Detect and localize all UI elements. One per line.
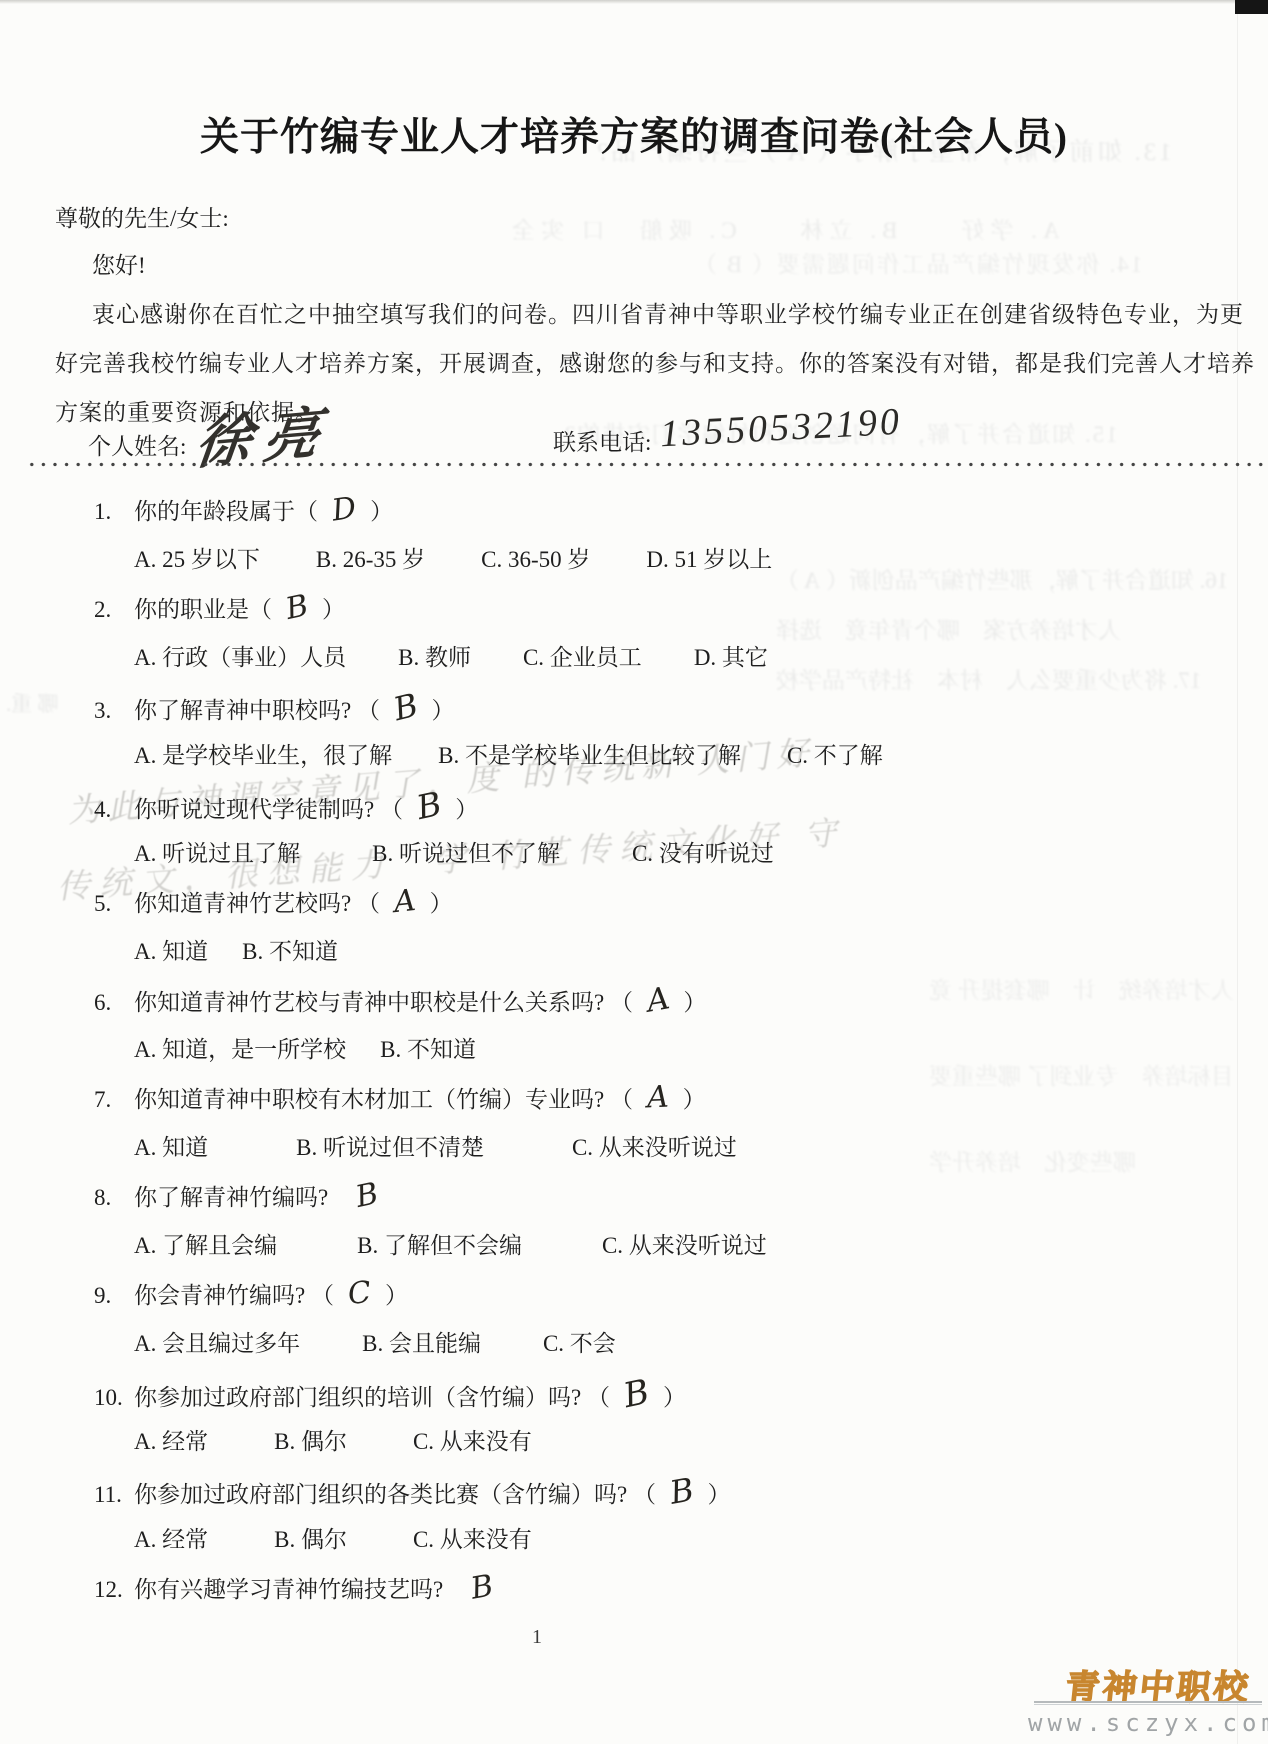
question-paren-close: ） — [385, 1283, 408, 1308]
option-item: D. 51 岁以上 — [646, 541, 772, 590]
option-item: A. 听说过且了解 — [134, 835, 300, 884]
option-item: C. 不会 — [543, 1325, 616, 1374]
handwritten-answer: B — [620, 1372, 653, 1416]
question-row: 6.你知道青神竹艺校与青神中职校是什么关系吗? （A） — [94, 982, 1224, 1031]
question-paren-close: ） — [683, 1087, 706, 1112]
handwritten-answer: B — [667, 1470, 697, 1512]
question-row: 7.你知道青神中职校有木材加工（竹编）专业吗? （A） — [94, 1080, 1224, 1129]
question-options-row: A. 了解且会编B. 了解但不会编C. 从来没听说过 — [94, 1227, 1224, 1276]
intro-line: 好完善我校竹编专业人才培养方案，开展调查，感谢您的参与和支持。你的答案没有对错，… — [55, 345, 1255, 394]
handwritten-answer: B — [390, 686, 422, 729]
question-options-row: A. 听说过且了解B. 听说过但不了解C. 没有听说过 — [94, 835, 1224, 884]
option-item: B. 听说过但不了解 — [372, 835, 560, 884]
option-item: A. 行政（事业）人员 — [134, 639, 346, 688]
question-prompt: 你了解青神竹编吗? — [134, 1185, 328, 1210]
handwritten-answer: A — [646, 1080, 669, 1116]
question-options-row: A. 经常B. 偶尔C. 从来没有 — [94, 1423, 1224, 1472]
option-item: C. 从来没听说过 — [602, 1227, 767, 1276]
paper-edge-line — [1237, 14, 1238, 1744]
option-item: A. 经常 — [134, 1423, 208, 1472]
option-item: D. 其它 — [694, 639, 768, 688]
question-row: 3.你了解青神中职校吗? （B） — [94, 688, 1224, 737]
question-row: 4.你听说过现代学徒制吗? （B） — [94, 786, 1224, 835]
question-number: 12. — [94, 1577, 134, 1603]
option-item: C. 从来没听说过 — [572, 1129, 737, 1178]
option-item: A. 知道，是一所学校 — [134, 1031, 346, 1080]
handwritten-answer: B — [283, 588, 312, 627]
question-row: 8.你了解青神竹编吗?B — [94, 1178, 1224, 1227]
question-number: 3. — [94, 698, 134, 724]
option-item: B. 不知道 — [242, 933, 338, 982]
option-item: B. 会且能编 — [362, 1325, 481, 1374]
question-number: 2. — [94, 597, 134, 623]
question-prompt: 你的职业是（ — [134, 597, 272, 622]
option-item: B. 了解但不会编 — [357, 1227, 522, 1276]
question-paren-close: ） — [455, 797, 478, 822]
handwritten-answer: A — [644, 980, 672, 1019]
question-options-row: A. 25 岁以下B. 26-35 岁C. 36-50 岁D. 51 岁以上 — [94, 541, 1224, 590]
option-item: C. 企业员工 — [523, 639, 642, 688]
question-number: 8. — [94, 1185, 134, 1211]
option-item: C. 从来没有 — [413, 1423, 532, 1472]
question-paren-close: ） — [322, 597, 345, 622]
question-options-row: A. 知道，是一所学校B. 不知道 — [94, 1031, 1224, 1080]
option-item: A. 知道 — [134, 1129, 208, 1178]
document-title: 关于竹编专业人才培养方案的调查问卷(社会人员) — [0, 106, 1268, 162]
handwritten-answer: B — [353, 1176, 382, 1215]
option-item: B. 听说过但不清楚 — [296, 1129, 484, 1178]
greeting: 您好! — [92, 247, 146, 280]
handwritten-answer: D — [330, 490, 359, 528]
option-item: B. 不是学校毕业生但比较了解 — [438, 737, 741, 786]
option-item: B. 偶尔 — [274, 1423, 347, 1472]
question-paren-close: ） — [663, 1385, 686, 1410]
question-options-row: A. 知道B. 不知道 — [94, 933, 1224, 982]
option-item: A. 25 岁以下 — [134, 541, 260, 590]
question-prompt: 你参加过政府部门组织的各类比赛（含竹编）吗? （ — [134, 1482, 656, 1507]
question-row: 5.你知道青神竹艺校吗? （A） — [94, 884, 1224, 933]
question-prompt: 你参加过政府部门组织的培训（含竹编）吗? （ — [134, 1385, 610, 1410]
question-prompt: 你听说过现代学徒制吗? （ — [134, 797, 403, 822]
option-item: A. 了解且会编 — [134, 1227, 277, 1276]
question-number: 11. — [94, 1482, 134, 1508]
question-number: 5. — [94, 891, 134, 917]
option-item: C. 从来没有 — [413, 1521, 532, 1570]
question-number: 9. — [94, 1283, 134, 1309]
question-prompt: 你有兴趣学习青神竹编技艺吗? — [134, 1577, 443, 1602]
option-item: B. 26-35 岁 — [316, 541, 425, 590]
option-item: B. 不知道 — [380, 1031, 476, 1080]
bleedthrough-text: A. 学好 B. 立林 C. 吸船 口 实全 — [506, 212, 1060, 245]
question-paren-close: ） — [431, 698, 454, 723]
option-item: C. 36-50 岁 — [481, 541, 590, 590]
option-item: B. 教师 — [398, 639, 471, 688]
phone-field-label: 联系电话: — [553, 424, 651, 457]
question-prompt: 你知道青神竹艺校与青神中职校是什么关系吗? （ — [134, 990, 633, 1015]
option-item: B. 偶尔 — [274, 1521, 347, 1570]
dotted-separator — [26, 460, 1268, 469]
option-item: C. 不了解 — [787, 737, 883, 786]
bleedthrough-text: 14. 你发现竹编产品工作问题需要（ B ） — [692, 246, 1142, 279]
question-options-row: A. 是学校毕业生，很了解B. 不是学校毕业生但比较了解C. 不了解 — [94, 737, 1224, 786]
option-item: C. 没有听说过 — [632, 835, 774, 884]
question-options-row: A. 知道B. 听说过但不清楚C. 从来没听说过 — [94, 1129, 1224, 1178]
question-options-row: A. 行政（事业）人员B. 教师C. 企业员工D. 其它 — [94, 639, 1224, 688]
scan-edge-shadow — [0, 0, 1268, 4]
question-number: 7. — [94, 1087, 134, 1113]
question-row: 9.你会青神竹编吗? （C） — [94, 1276, 1224, 1325]
question-list: 1.你的年龄段属于（D）A. 25 岁以下B. 26-35 岁C. 36-50 … — [94, 492, 1224, 1619]
question-prompt: 你了解青神中职校吗? （ — [134, 698, 380, 723]
question-paren-close: ） — [683, 990, 706, 1015]
page-number: 1 — [0, 1626, 1074, 1649]
question-row: 12.你有兴趣学习青神竹编技艺吗?B — [94, 1570, 1224, 1619]
handwritten-answer: C — [346, 1275, 373, 1312]
question-options-row: A. 经常B. 偶尔C. 从来没有 — [94, 1521, 1224, 1570]
option-item: A. 是学校毕业生，很了解 — [134, 737, 392, 786]
intro-line: 衷心感谢你在百忙之中抽空填写我们的问卷。四川省青神中等职业学校竹编专业正在创建省… — [55, 296, 1255, 345]
question-row: 2.你的职业是（B） — [94, 590, 1224, 639]
watermark-website: www.sczyx.com — [1028, 1709, 1268, 1737]
name-field-label: 个人姓名: — [88, 428, 186, 461]
question-paren-close: ） — [430, 891, 453, 916]
question-row: 1.你的年龄段属于（D） — [94, 492, 1224, 541]
question-options-row: A. 会且编过多年B. 会且能编C. 不会 — [94, 1325, 1224, 1374]
option-item: A. 经常 — [134, 1521, 208, 1570]
question-prompt: 你知道青神竹艺校吗? （ — [134, 891, 380, 916]
handwritten-answer: A — [392, 883, 417, 920]
handwritten-answer: B — [413, 784, 445, 827]
scan-corner-artifact — [1235, 0, 1268, 14]
watermark-divider — [1034, 1701, 1262, 1705]
question-number: 6. — [94, 990, 134, 1016]
question-prompt: 你会青神竹编吗? （ — [134, 1283, 334, 1308]
question-number: 10. — [94, 1385, 134, 1411]
option-item: A. 知道 — [134, 933, 208, 982]
question-row: 11.你参加过政府部门组织的各类比赛（含竹编）吗? （B） — [94, 1472, 1224, 1521]
question-paren-close: ） — [707, 1482, 730, 1507]
question-prompt: 你知道青神中职校有木材加工（竹编）专业吗? （ — [134, 1087, 633, 1112]
option-item: A. 会且编过多年 — [134, 1325, 300, 1374]
handwritten-answer: B — [468, 1568, 496, 1606]
question-number: 4. — [94, 797, 134, 823]
question-number: 1. — [94, 499, 134, 525]
question-row: 10.你参加过政府部门组织的培训（含竹编）吗? （B） — [94, 1374, 1224, 1423]
bleedthrough-text: 哪 重. — [6, 688, 59, 718]
question-paren-close: ） — [370, 499, 393, 524]
question-prompt: 你的年龄段属于（ — [134, 499, 318, 524]
scanned-questionnaire-page: 13. 如前了解，希望了解学（ A ）些特编产品? A. 学好 B. 立林 C.… — [0, 0, 1268, 1744]
salutation: 尊敬的先生/女士: — [55, 200, 229, 233]
